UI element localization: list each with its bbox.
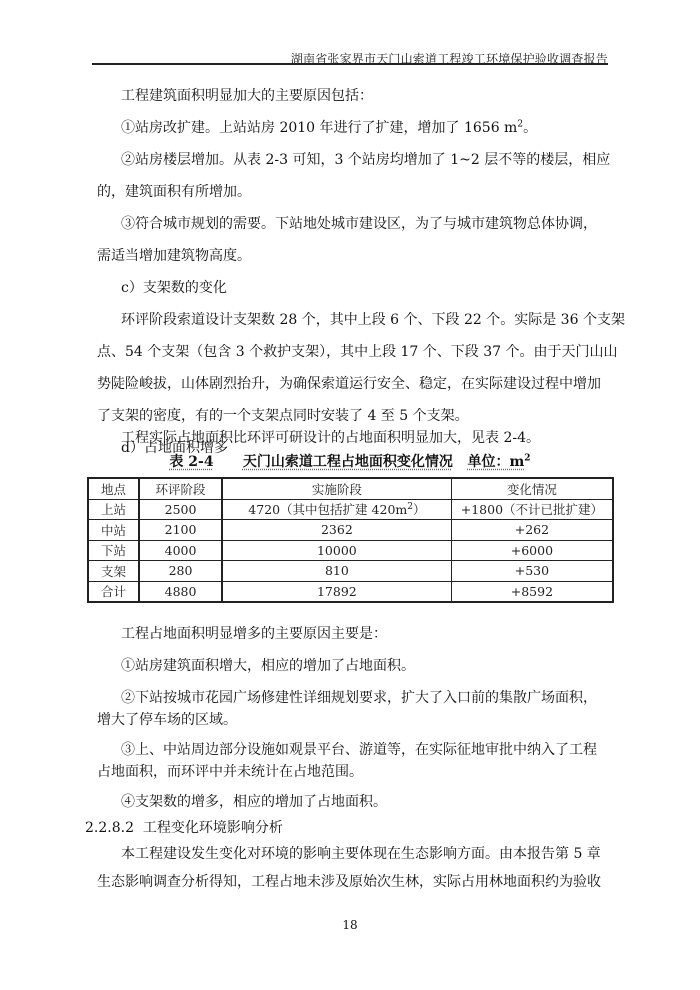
table-cell: 合计: [88, 581, 139, 602]
paragraph: ②下站按城市花园广场修建性详细规划要求，扩大了入口前的集散广场面积，: [121, 688, 641, 708]
header-cell: 实施阶段: [222, 478, 451, 499]
header-cell: 变化情况: [451, 478, 613, 499]
section-number: 2.2.8.2: [85, 820, 134, 836]
section-heading: 2.2.8.2 工程变化环境影响分析: [85, 818, 283, 838]
land-area-table: 地点 环评阶段 实施阶段 变化情况 上站 2500 4720（其中包括扩建 42…: [87, 477, 614, 603]
table-cell: +8592: [451, 581, 613, 602]
paragraph: 增大了停车场的区域。: [97, 710, 617, 730]
header-rule: [92, 63, 608, 65]
paragraph: 本工程建设发生变化对环境的影响主要体现在生态影响方面。由本报告第 5 章: [121, 844, 641, 864]
table-row: 中站 2100 2362 +262: [88, 520, 613, 541]
paragraph: ①站房改扩建。上站站房 2010 年进行了扩建，增加了 1656 m2。: [121, 118, 641, 138]
paragraph: 了支架的密度，有的一个支架点同时安装了 4 至 5 个支架。: [97, 406, 617, 426]
paragraph: ①站房建筑面积增大，相应的增加了占地面积。: [121, 656, 641, 676]
table-cell: 2362: [222, 520, 451, 541]
table-cell: 4720（其中包括扩建 420m2）: [222, 499, 451, 520]
table-cell: 10000: [222, 540, 451, 561]
table-cell: 下站: [88, 540, 139, 561]
paragraph: ③上、中站周边部分设施如观景平台、游道等，在实际征地审批中纳入了工程: [121, 740, 641, 760]
header-cell: 环评阶段: [139, 478, 222, 499]
paragraph: 工程建筑面积明显加大的主要原因包括：: [121, 86, 641, 106]
table-cell: +262: [451, 520, 613, 541]
paragraph: 工程占地面积明显增多的主要原因主要是：: [121, 624, 641, 644]
table-row: 上站 2500 4720（其中包括扩建 420m2） +1800（不计已批扩建）: [88, 499, 613, 520]
table-cell: 17892: [222, 581, 451, 602]
paragraph: ④支架数的增多，相应的增加了占地面积。: [121, 792, 641, 812]
table-header-row: 地点 环评阶段 实施阶段 变化情况: [88, 478, 613, 499]
table-cell: +1800（不计已批扩建）: [451, 499, 613, 520]
table-cell: +530: [451, 561, 613, 582]
table-cell: 中站: [88, 520, 139, 541]
table-cell: 支架: [88, 561, 139, 582]
page-number: 18: [0, 918, 700, 932]
paragraph: ③符合城市规划的需要。下站地处城市建设区，为了与城市建筑物总体协调，: [121, 214, 641, 234]
table-cell: 4000: [139, 540, 222, 561]
paragraph: 环评阶段索道设计支架数 28 个，其中上段 6 个、下段 22 个。实际是 36…: [121, 310, 641, 330]
table-cell: 810: [222, 561, 451, 582]
paragraph: 势陡险峻拔，山体剧烈抬升，为确保索道运行安全、稳定，在实际建设过程中增加: [97, 374, 617, 394]
subheading-c: c）支架数的变化: [121, 278, 641, 298]
table-cell: +6000: [451, 540, 613, 561]
table-row: 支架 280 810 +530: [88, 561, 613, 582]
table-cell: 2500: [139, 499, 222, 520]
table-row: 合计 4880 17892 +8592: [88, 581, 613, 602]
paragraph: ②站房楼层增加。从表 2-3 可知，3 个站房均增加了 1~2 层不等的楼层，相…: [121, 150, 641, 170]
paragraph: 生态影响调查分析得知，工程占地未涉及原始次生林，实际占用林地面积约为验收: [97, 872, 617, 892]
section-title: 工程变化环境影响分析: [143, 820, 283, 836]
table-cell: 2100: [139, 520, 222, 541]
table-cell: 4880: [139, 581, 222, 602]
paragraph: 占地面积，而环评中并未统计在占地范围。: [97, 762, 617, 782]
paragraph: 点、54 个支架（包含 3 个救护支架），其中上段 17 个、下段 37 个。由…: [97, 342, 617, 362]
paragraph: 工程实际占地面积比环评可研设计的占地面积明显加大，见表 2-4。: [121, 428, 641, 448]
table-caption: 表 2-4 天门山索道工程占地面积变化情况 单位：m2: [0, 451, 700, 471]
paragraph: 的，建筑面积有所增加。: [97, 182, 617, 202]
table-cell: 上站: [88, 499, 139, 520]
table-cell: 280: [139, 561, 222, 582]
header-cell: 地点: [88, 478, 139, 499]
paragraph: 需适当增加建筑物高度。: [97, 246, 617, 266]
table-row: 下站 4000 10000 +6000: [88, 540, 613, 561]
